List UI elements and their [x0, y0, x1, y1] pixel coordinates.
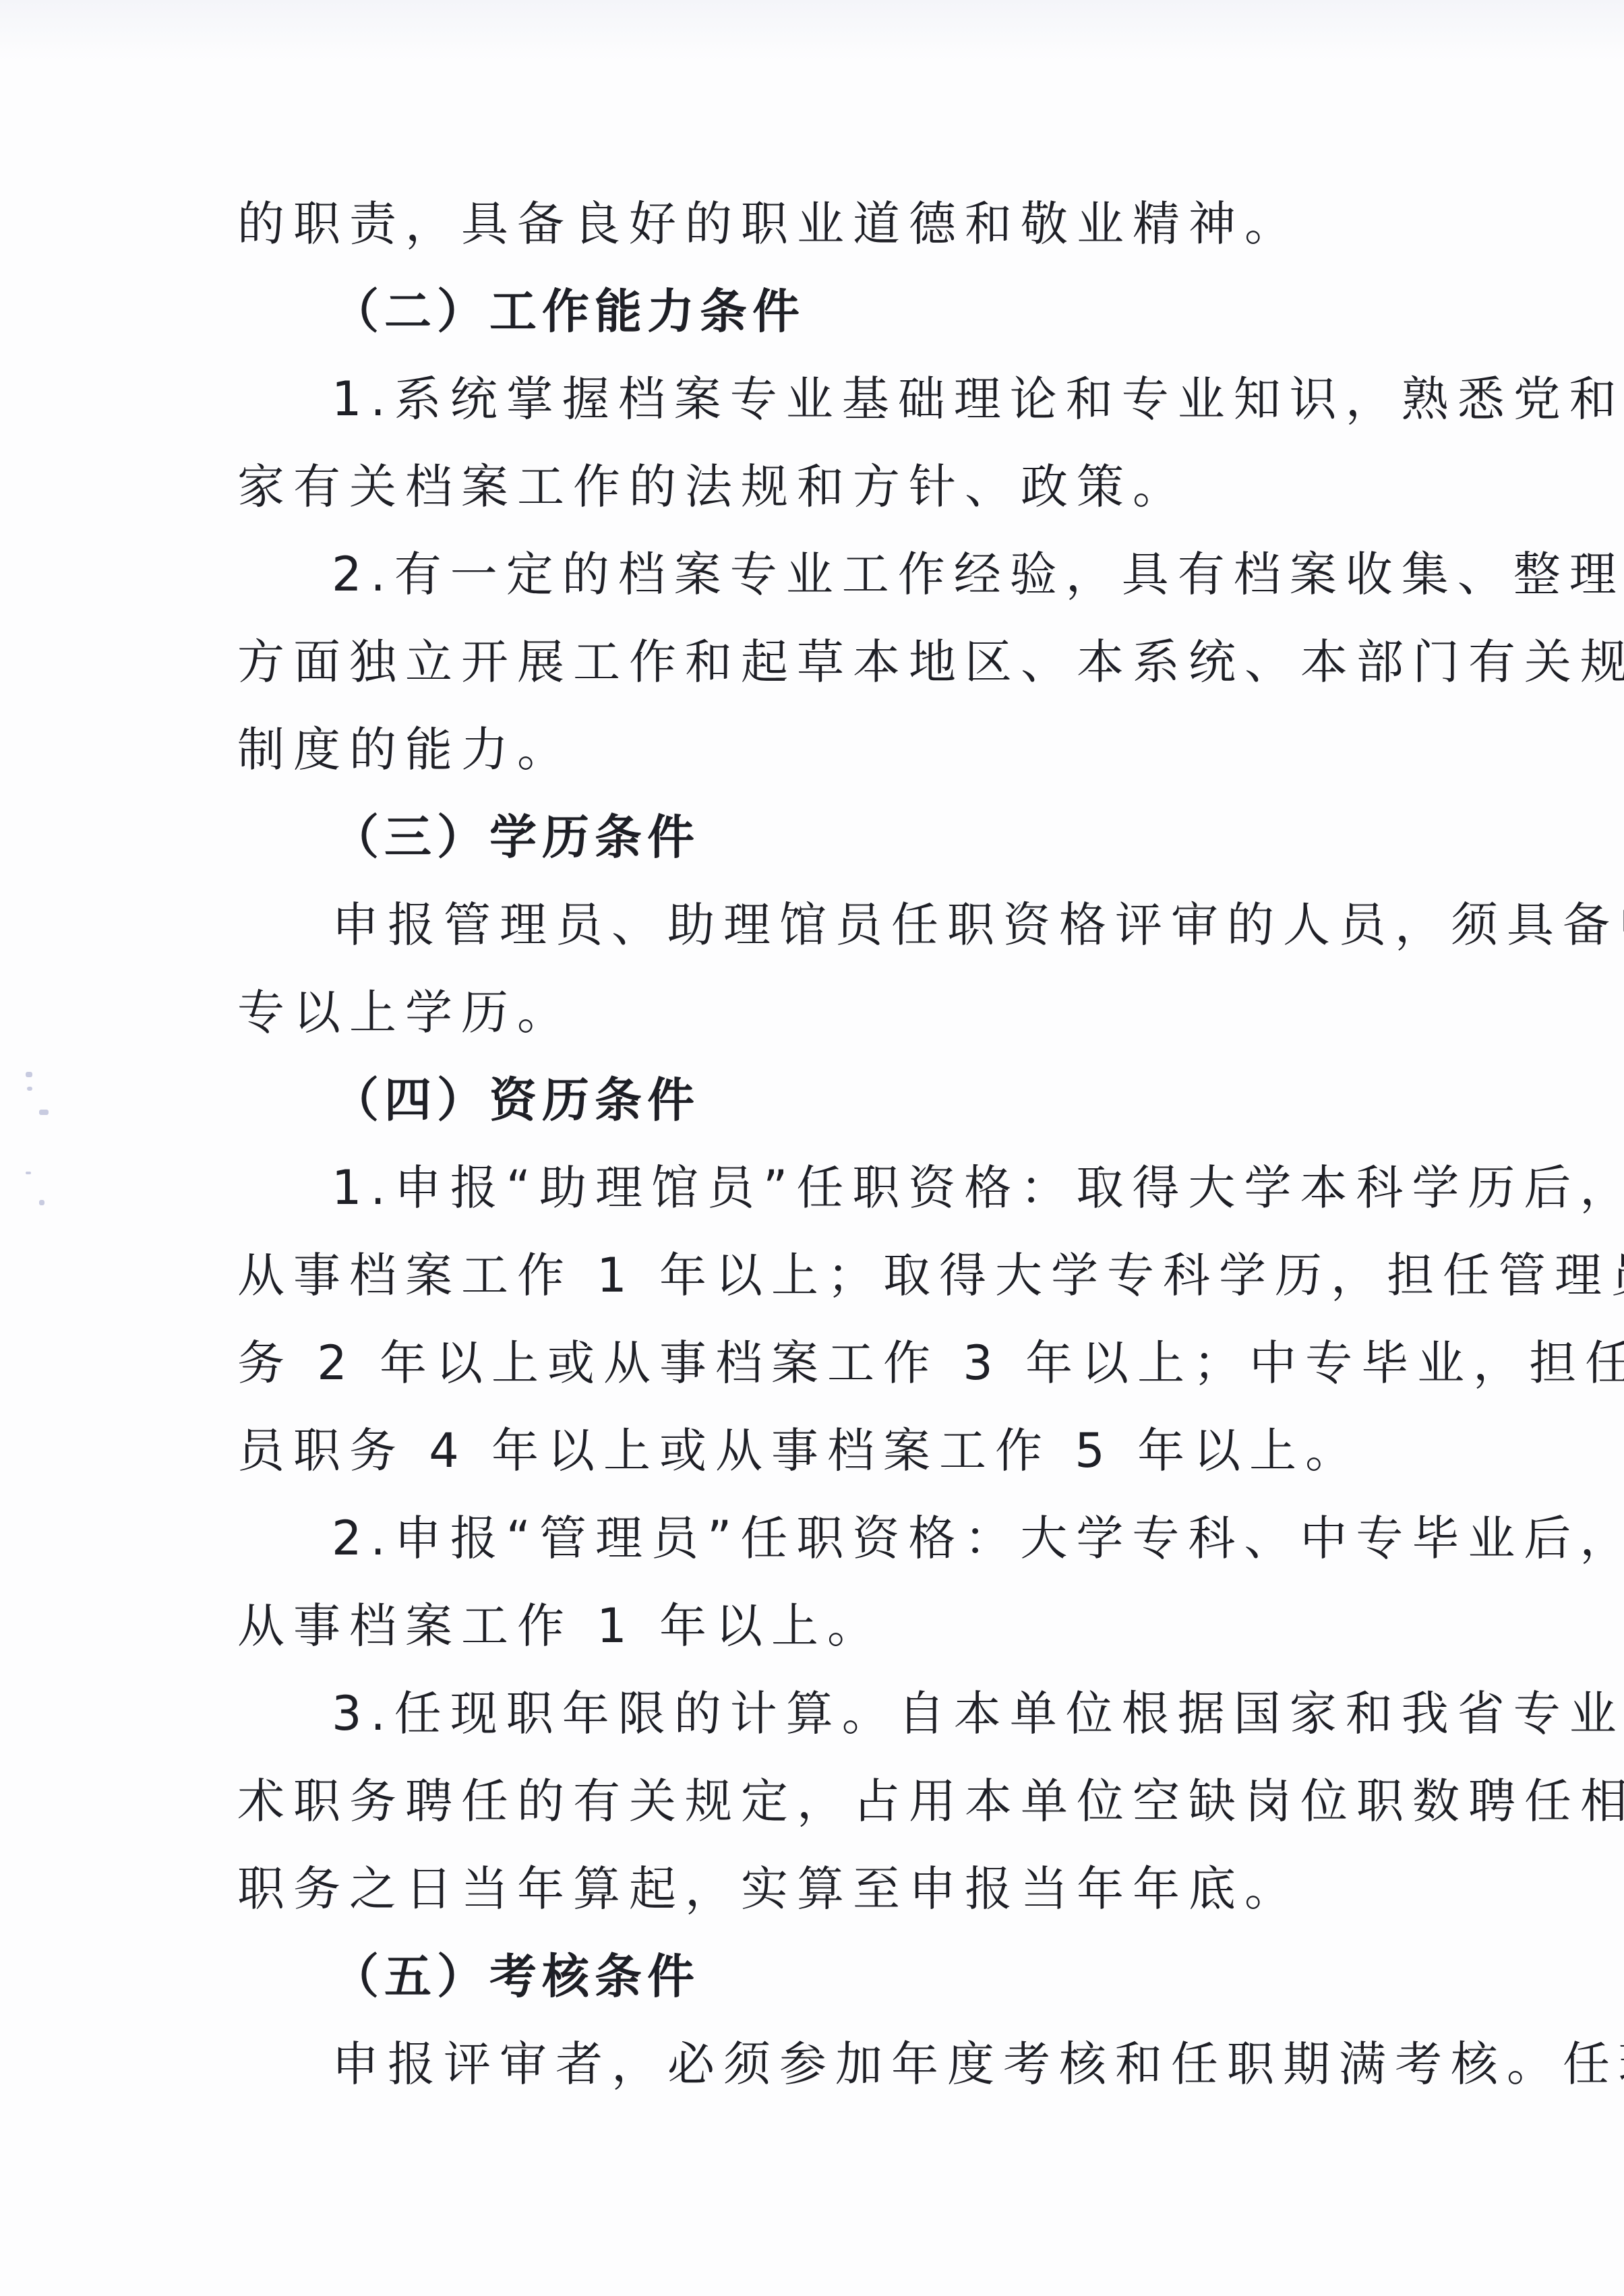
scan-speck — [39, 1200, 44, 1205]
section-heading: （四）资历条件 — [332, 1070, 700, 1130]
paragraph-line: 2.申报“管理员”任职资格：大学专科、中专毕业后， — [332, 1508, 1624, 1569]
paragraph-line: 务 2 年以上或从事档案工作 3 年以上；中专毕业，担任管理 — [237, 1333, 1624, 1393]
paragraph-line: 的职责，具备良好的职业道德和敬业精神。 — [237, 193, 1300, 254]
paragraph-line: 方面独立开展工作和起草本地区、本系统、本部门有关规章 — [237, 632, 1624, 692]
paragraph-line: 职务之日当年算起，实算至申报当年年底。 — [237, 1859, 1300, 1919]
scan-speck — [26, 1172, 31, 1174]
paragraph-line: 员职务 4 年以上或从事档案工作 5 年以上。 — [237, 1420, 1361, 1481]
paragraph-line: 从事档案工作 1 年以上。 — [237, 1596, 883, 1656]
section-heading: （二）工作能力条件 — [332, 281, 805, 342]
scan-speck — [26, 1072, 32, 1077]
margin-scan-marks — [20, 1072, 47, 1220]
scan-speck — [39, 1110, 49, 1115]
paragraph-line: 从事档案工作 1 年以上；取得大学专科学历，担任管理员职 — [237, 1245, 1624, 1306]
paragraph-line: 专以上学历。 — [237, 982, 573, 1043]
paragraph-line: 1.系统掌握档案专业基础理论和专业知识，熟悉党和国 — [332, 369, 1624, 429]
paragraph-line: 3.任现职年限的计算。自本单位根据国家和我省专业技 — [332, 1683, 1624, 1744]
paragraph-line: 制度的能力。 — [237, 719, 573, 780]
paragraph-line: 申报评审者，必须参加年度考核和任职期满考核。任现 — [332, 2034, 1624, 2094]
paragraph-line: 1.申报“助理馆员”任职资格：取得大学本科学历后， — [332, 1157, 1624, 1218]
paragraph-line: 申报管理员、助理馆员任职资格评审的人员，须具备中 — [332, 895, 1624, 955]
scan-speck — [27, 1087, 32, 1091]
scan-edge — [0, 0, 1624, 61]
paragraph-line: 家有关档案工作的法规和方针、政策。 — [237, 456, 1189, 517]
paragraph-line: 2.有一定的档案专业工作经验，具有档案收集、整理等 — [332, 544, 1624, 605]
paragraph-line: 术职务聘任的有关规定，占用本单位空缺岗位职数聘任相应 — [237, 1771, 1624, 1832]
section-heading: （三）学历条件 — [332, 807, 700, 868]
section-heading: （五）考核条件 — [332, 1946, 700, 2007]
